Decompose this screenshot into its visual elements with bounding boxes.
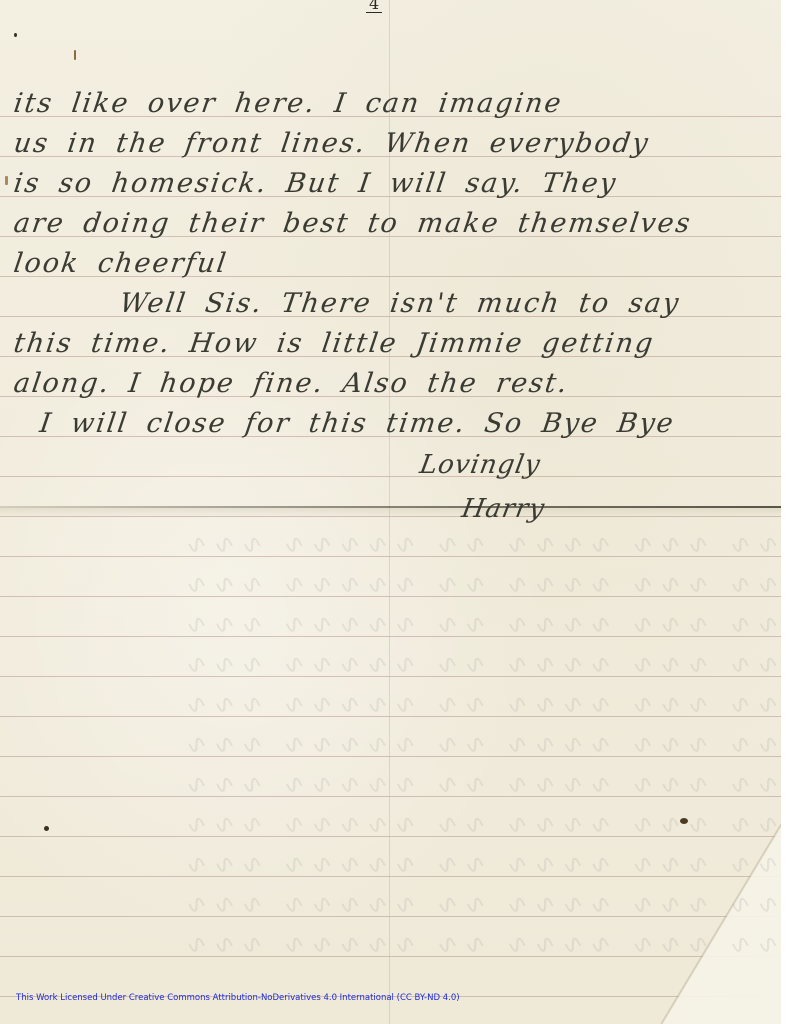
letter-line-9: I will close for this time. So Bye Bye bbox=[38, 408, 677, 439]
letter-line-6: Well Sis. There isn't much to say bbox=[118, 288, 682, 319]
letter-line-4: are doing their best to make themselves bbox=[12, 208, 694, 239]
bleed-through-line: ∿∿ ∿∿∿ ∿∿∿∿ ∿∿ ∿∿∿∿∿ ∿∿∿ bbox=[0, 810, 781, 850]
ruled-line bbox=[0, 476, 781, 477]
signature: Harry bbox=[459, 494, 547, 524]
bleed-through-line: ∿∿ ∿∿∿ ∿∿∿∿ ∿∿ ∿∿∿∿∿ ∿∿∿ bbox=[0, 930, 781, 970]
bleed-through-line: ∿∿ ∿∿∿ ∿∿∿∿ ∿∿ ∿∿∿∿∿ ∿∿∿ bbox=[0, 690, 781, 730]
bleed-through-line: ∿∿ ∿∿∿ ∿∿∿∿ ∿∿ ∿∿∿∿∿ ∿∿∿ bbox=[0, 730, 781, 770]
bleed-through-line: ∿∿ ∿∿∿ ∿∿∿∿ ∿∿ ∿∿∿∿∿ ∿∿∿ bbox=[0, 770, 781, 810]
bleed-through-line: ∿∿ ∿∿∿ ∿∿∿∿ ∿∿ ∿∿∿∿∿ ∿∿∿ bbox=[0, 890, 781, 930]
letter-line-2: us in the front lines. When everybody bbox=[12, 128, 652, 159]
letter-line-5: look cheerful bbox=[12, 248, 230, 279]
bleed-through-line: ∿∿ ∿∿∿ ∿∿∿∿ ∿∿ ∿∿∿∿∿ ∿∿∿ bbox=[0, 650, 781, 690]
letter-line-3: is so homesick. But I will say. They bbox=[12, 168, 619, 199]
ink-speck bbox=[74, 50, 76, 60]
letter-line-8: along. I hope fine. Also the rest. bbox=[12, 368, 571, 399]
horizontal-fold-shadow bbox=[0, 508, 781, 518]
bleed-through-line: ∿∿ ∿∿∿ ∿∿∿∿ ∿∿ ∿∿∿∿∿ ∿∿∿ bbox=[0, 530, 781, 570]
bleed-through-line: ∿∿ ∿∿∿ ∿∿∿∿ ∿∿ ∿∿∿∿∿ ∿∿∿ bbox=[0, 570, 781, 610]
bleed-through-line: ∿∿ ∿∿∿ ∿∿∿∿ ∿∿ ∿∿∿∿∿ ∿∿∿ bbox=[0, 850, 781, 890]
ink-speck bbox=[14, 33, 17, 37]
letter-line-7: this time. How is little Jimmie getting bbox=[12, 328, 657, 359]
bleed-through-line: ∿∿ ∿∿∿ ∿∿∿∿ ∿∿ ∿∿∿∿∿ ∿∿∿ bbox=[0, 610, 781, 650]
letter-line-1: its like over here. I can imagine bbox=[12, 88, 565, 119]
ink-speck bbox=[5, 176, 8, 185]
page-number: 4 bbox=[366, 0, 382, 13]
ink-speck bbox=[44, 826, 49, 831]
ink-speck bbox=[680, 818, 688, 824]
license-notice: This Work Licensed Under Creative Common… bbox=[16, 993, 460, 1003]
closing-text: Lovingly bbox=[417, 450, 543, 480]
letter-page: ∿∿ ∿∿∿ ∿∿∿∿ ∿∿ ∿∿∿∿∿ ∿∿∿∿∿ ∿∿∿ ∿∿∿∿ ∿∿ ∿… bbox=[0, 0, 781, 1024]
